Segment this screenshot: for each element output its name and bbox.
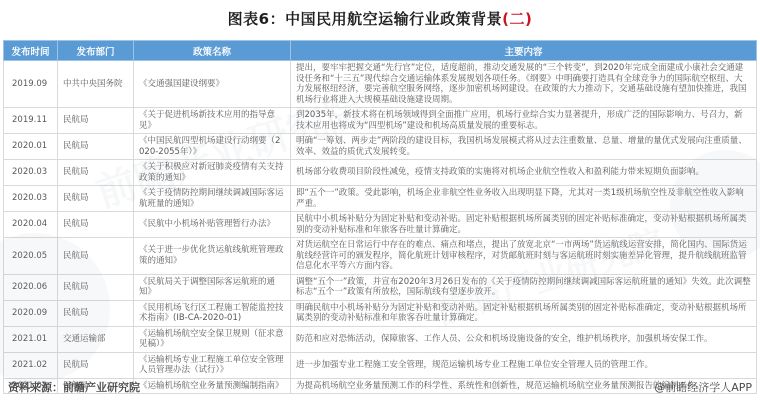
table-row: 2020.09 民航局 《民用机场飞行区工程施工智能监控技术指南》(IB-CA-…: [4, 300, 757, 326]
cell-date: 2021.01: [4, 326, 58, 352]
cell-main-content: 即“五个一”政策。受此影响，机场企业非航空性业务收入出现明显下降，尤其对一类1级…: [291, 186, 757, 212]
cell-policy-name: 《运输机场专业工程施工单位安全管理人员管理办法（试行）》: [134, 352, 291, 378]
table-row: 2020.03 民航局 《关于疫情防控期间继续调减国际客运航班量的通知》 即“五…: [4, 186, 757, 212]
cell-department: 中共中央国务院: [58, 61, 134, 108]
cell-date: 2020.03: [4, 186, 58, 212]
cell-main-content: 提出，要牢牢把握交通“先行官”定位，适度超前，推动交通发展的“三个转变”，到20…: [291, 61, 757, 108]
table-row: 2021.02 民航局 《运输机场专业工程施工单位安全管理人员管理办法（试行）》…: [4, 352, 757, 378]
cell-policy-name: 《民用机场飞行区工程施工智能监控技术指南》(IB-CA-2020-01): [134, 300, 291, 326]
cell-date: 2019.09: [4, 61, 58, 108]
table-row: 2020.06 民航局 《民航局关于调整国际客运航班的通知》 调整“五个一”政策…: [4, 274, 757, 300]
cell-policy-name: 《运输机场航空安全保卫规则（征求意见稿）》: [134, 326, 291, 352]
cell-department: 民航局: [58, 160, 134, 186]
table-row: 2020.03 民航局 《关于积极应对新冠肺炎疫情有关支持政策的通知》 机场部分…: [4, 160, 757, 186]
table-row: 2019.09 中共中央国务院 《交通强国建设纲要》 提出，要牢牢把握交通“先行…: [4, 61, 757, 108]
cell-policy-name: 《运输机场航空业务量预测编制指南》: [134, 378, 291, 394]
cell-main-content: 民航中小机场补贴分为固定补贴和变动补贴。固定补贴根据机场所属类别的固定补贴标准确…: [291, 212, 757, 238]
page-title-suffix: (二): [502, 10, 532, 28]
table-row: 2021.01 交通运输部 《运输机场航空安全保卫规则（征求意见稿）》 防范和应…: [4, 326, 757, 352]
cell-date: 2020.06: [4, 274, 58, 300]
figure-page: 图表6：中国民用航空运输行业政策背景(二) 前瞻产业研究院 前瞻产业研究院 发布…: [0, 0, 760, 403]
header-cell-policy-name: 政策名称: [134, 41, 291, 61]
cell-policy-name: 《关于积极应对新冠肺炎疫情有关支持政策的通知》: [134, 160, 291, 186]
header-cell-date: 发布时间: [4, 41, 58, 61]
cell-main-content: 明确民航中小机场补贴分为固定补贴和变动补贴。固定补贴根据机场所属类别的固定补贴标…: [291, 300, 757, 326]
table-row: 2020.05 民航局 《关于进一步优化货运航线航班管理政策的通知》 对货运航空…: [4, 238, 757, 275]
cell-policy-name: 《关于疫情防控期间继续调减国际客运航班量的通知》: [134, 186, 291, 212]
cell-date: 2020.03: [4, 160, 58, 186]
cell-date: 2020.04: [4, 212, 58, 238]
cell-department: 民航局: [58, 186, 134, 212]
table-row: 2019.11 民航局 《关于促进机场新技术应用的指导意见》 到2035年，新技…: [4, 108, 757, 134]
cell-department: 民航局: [58, 300, 134, 326]
policy-table-body: 2019.09 中共中央国务院 《交通强国建设纲要》 提出，要牢牢把握交通“先行…: [4, 61, 757, 394]
cell-date: 2021.02: [4, 352, 58, 378]
cell-date: 2020.09: [4, 300, 58, 326]
footer-credit: @前瞻经济学人APP: [654, 379, 752, 395]
cell-department: 民航局: [58, 212, 134, 238]
cell-date: 2020.05: [4, 238, 58, 275]
header-cell-department: 发布部门: [58, 41, 134, 61]
cell-department: 民航局: [58, 238, 134, 275]
cell-policy-name: 《民航局关于调整国际客运航班的通知》: [134, 274, 291, 300]
cell-policy-name: 《中国民航四型机场建设行动纲要（2020-2055年）》: [134, 134, 291, 160]
page-title-text: 图表6：中国民用航空运输行业政策背景: [228, 10, 502, 28]
cell-main-content: 到2035年，新技术将在机场领域得到全面推广应用，机场行业综合实力显著提升，形成…: [291, 108, 757, 134]
cell-policy-name: 《交通强国建设纲要》: [134, 61, 291, 108]
cell-date: 2019.11: [4, 108, 58, 134]
cell-policy-name: 《民航中小机场补贴管理暂行办法》: [134, 212, 291, 238]
header-cell-main-content: 主要内容: [291, 41, 757, 61]
footer-source: 资料来源：前瞻产业研究院: [8, 379, 140, 395]
table-row: 2020.01 民航局 《中国民航四型机场建设行动纲要（2020-2055年）》…: [4, 134, 757, 160]
cell-date: 2020.01: [4, 134, 58, 160]
cell-main-content: 机场部分收费项目阶段性减免，疫情支持政策的实施将对机场企业航空性收入和盈利能力带…: [291, 160, 757, 186]
cell-main-content: 防范和应对恐怖活动，保障旅客、工作人员、公众和机场设施设备的安全，维护机场秩序，…: [291, 326, 757, 352]
table-row: 2020.04 民航局 《民航中小机场补贴管理暂行办法》 民航中小机场补贴分为固…: [4, 212, 757, 238]
cell-department: 交通运输部: [58, 326, 134, 352]
cell-main-content: 调整“五个一”政策，并宣布2020年3月26日发布的《关于疫情防控期间继续调减国…: [291, 274, 757, 300]
cell-department: 民航局: [58, 134, 134, 160]
cell-department: 民航局: [58, 274, 134, 300]
cell-department: 民航局: [58, 108, 134, 134]
cell-main-content: 对货运航空在日常运行中存在的难点、痛点和堵点，提出了放宽北京“一市两场”货运航线…: [291, 238, 757, 275]
cell-department: 民航局: [58, 352, 134, 378]
policy-table-header: 发布时间 发布部门 政策名称 主要内容: [4, 41, 757, 61]
cell-main-content: 明确“一筹划、两步走”两阶段的建设目标，我国机场发展模式将从过去注重数量、总量、…: [291, 134, 757, 160]
cell-policy-name: 《关于促进机场新技术应用的指导意见》: [134, 108, 291, 134]
cell-policy-name: 《关于进一步优化货运航线航班管理政策的通知》: [134, 238, 291, 275]
policy-table: 发布时间 发布部门 政策名称 主要内容 2019.09 中共中央国务院 《交通强…: [3, 40, 757, 394]
cell-main-content: 进一步加强专业工程施工安全管理，规范运输机场专业工程施工单位安全管理人员的管理工…: [291, 352, 757, 378]
page-title: 图表6：中国民用航空运输行业政策背景(二): [0, 8, 760, 29]
